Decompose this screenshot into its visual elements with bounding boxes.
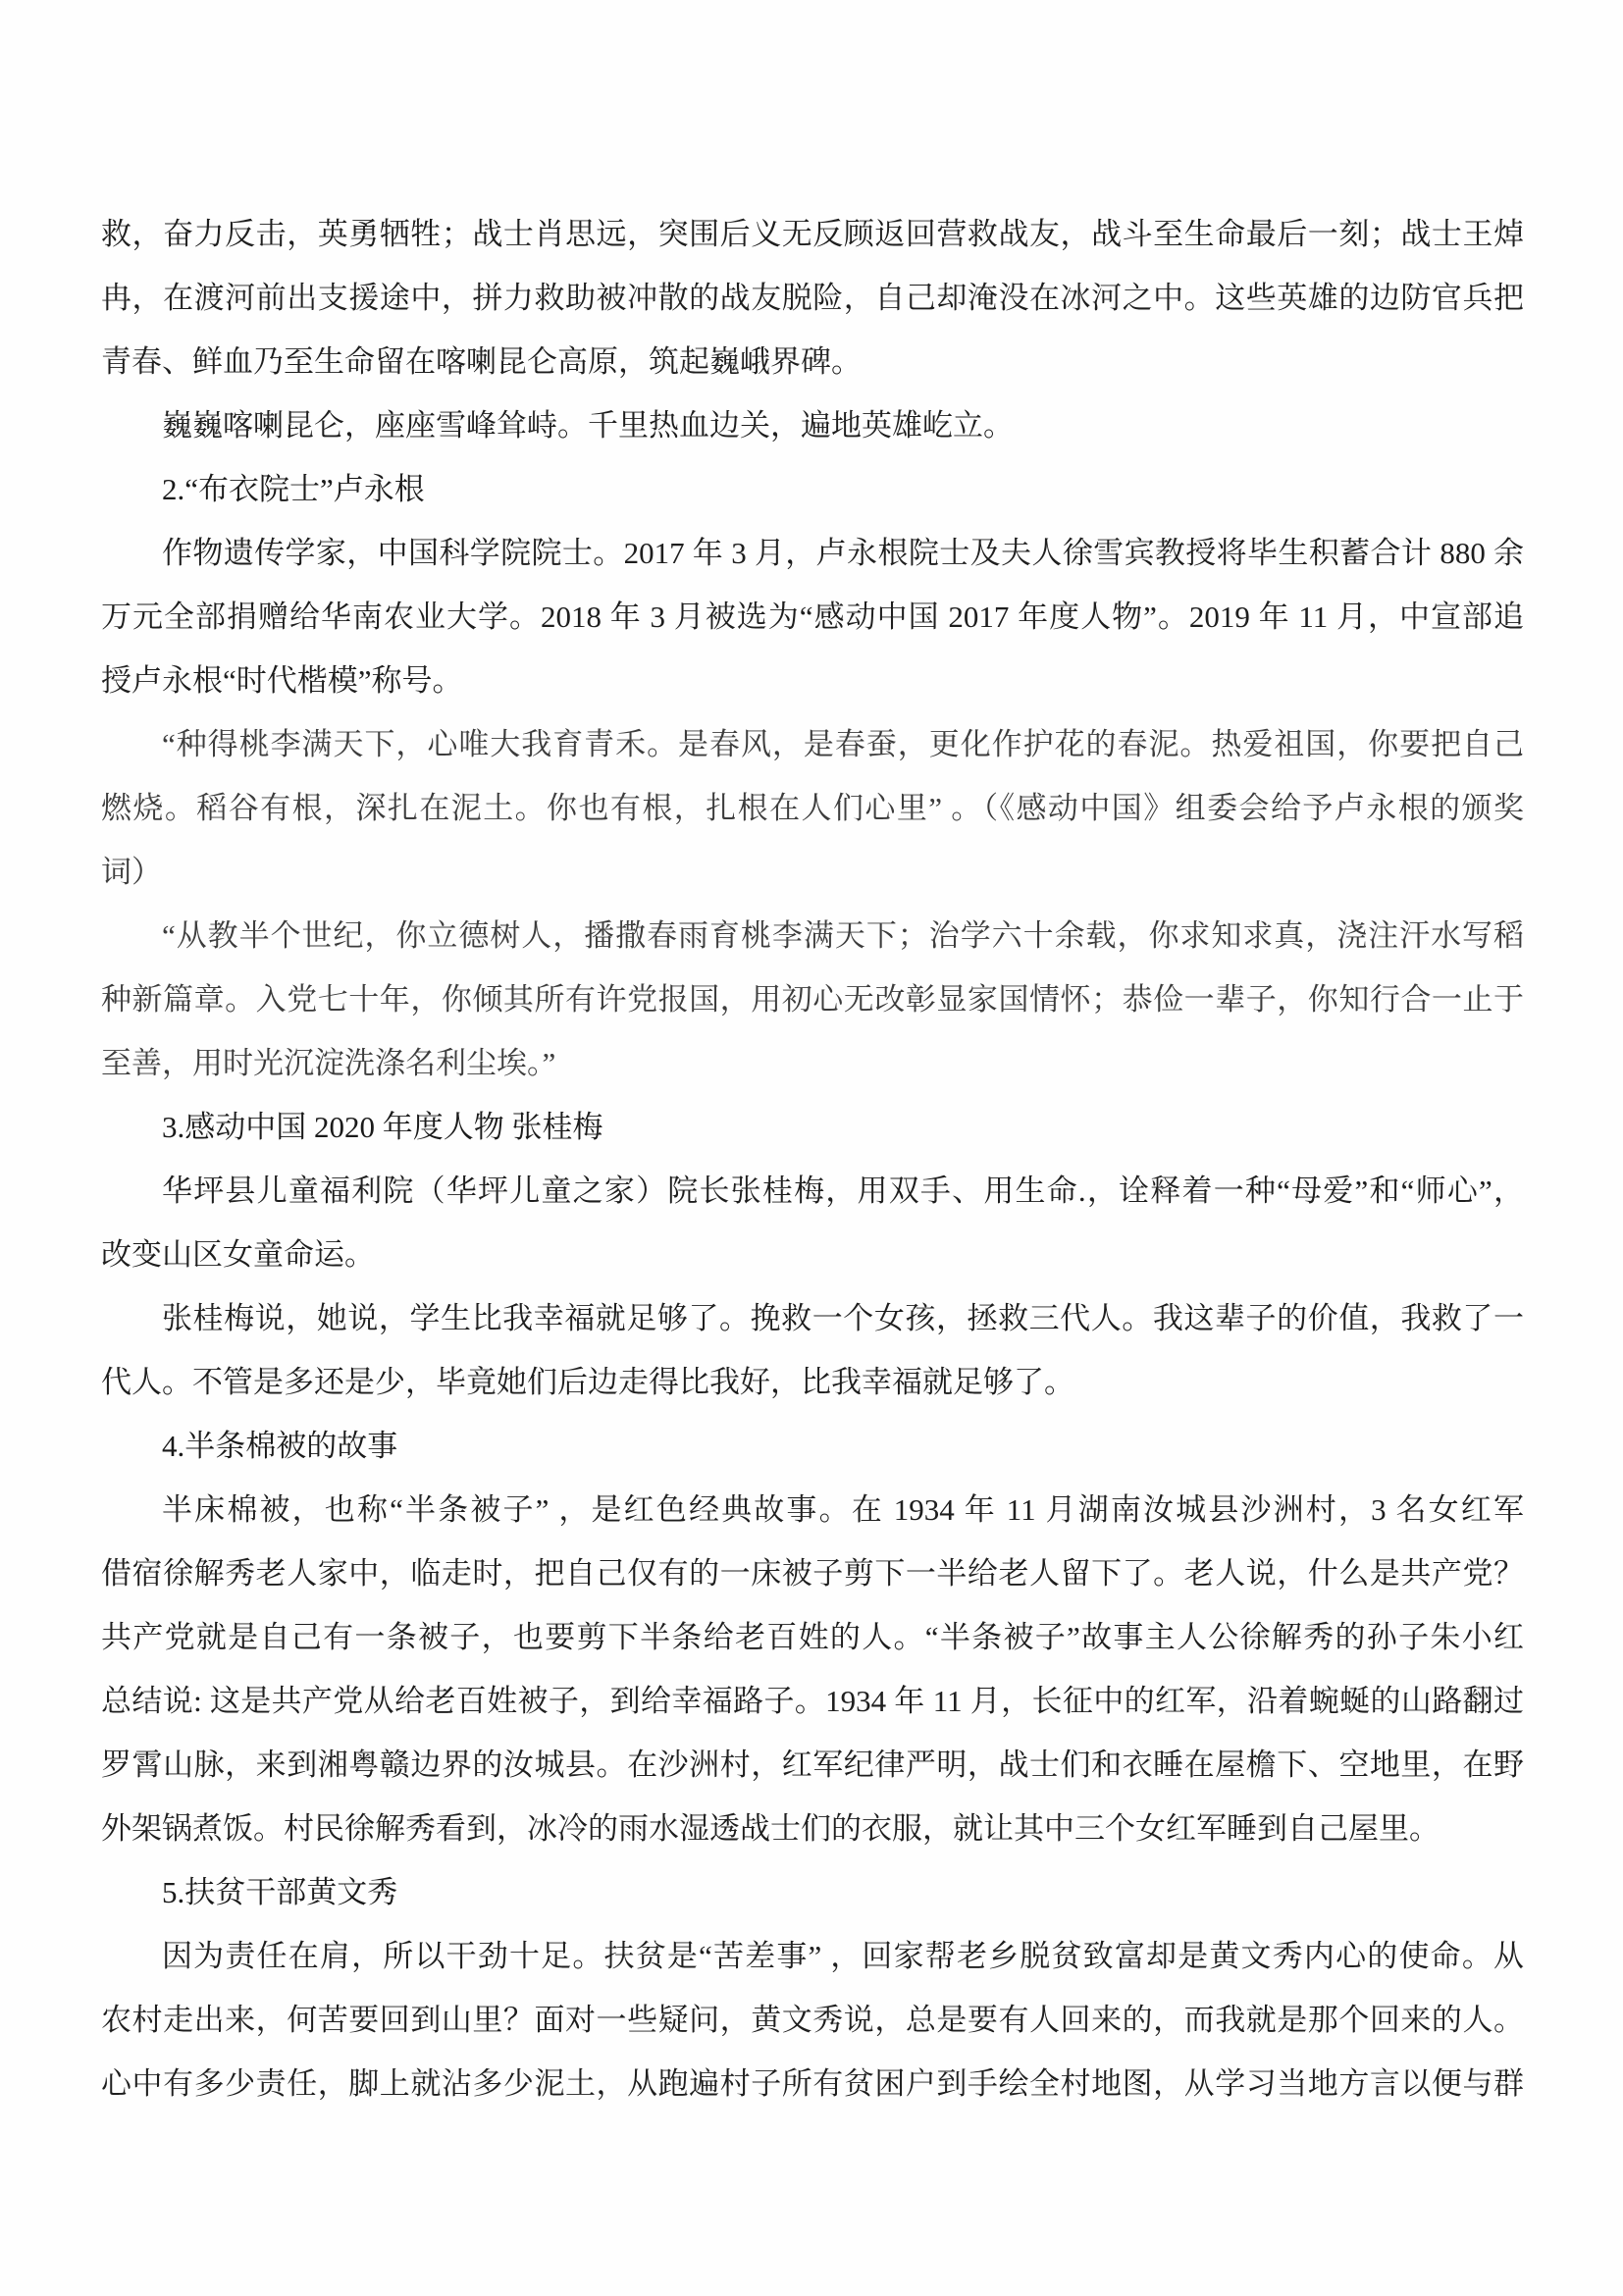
text-line: 借宿徐解秀老人家中，临走时，把自己仅有的一床被子剪下一半给老人留下了。老人说，什…: [101, 1541, 1524, 1605]
text-line: 万元全部捐赠给华南农业大学。2018 年 3 月被选为“感动中国 2017 年度…: [101, 585, 1524, 649]
text-line: 种新篇章。入党七十年，你倾其所有许党报国，用初心无改彰显家国情怀；恭俭一辈子，你…: [101, 967, 1524, 1031]
text-line: 总结说: 这是共产党从给老百姓被子，到给幸福路子。1934 年 11 月，长征中…: [101, 1669, 1524, 1733]
section-heading: 3.感动中国 2020 年度人物 张桂梅: [101, 1095, 1524, 1159]
text-line: 改变山区女童命运。: [101, 1223, 1524, 1286]
text-line: 张桂梅说，她说，学生比我幸福就足够了。挽救一个女孩，拯救三代人。我这辈子的价值，…: [101, 1286, 1524, 1350]
section-heading: 4.半条棉被的故事: [101, 1414, 1524, 1478]
section-heading: 2.“布衣院士”卢永根: [101, 457, 1524, 521]
text-line: 冉，在渡河前出支援途中，拼力救助被冲散的战友脱险，自己却淹没在冰河之中。这些英雄…: [101, 266, 1524, 330]
text-line: 巍巍喀喇昆仑，座座雪峰耸峙。千里热血边关，遍地英雄屹立。: [101, 393, 1524, 457]
text-line: 词）: [101, 840, 1524, 904]
text-line: 华坪县儿童福利院（华坪儿童之家）院长张桂梅，用双手、用生命.，诠释着一种“母爱”…: [101, 1159, 1524, 1223]
text-line: 农村走出来，何苦要回到山里？面对一些疑问，黄文秀说，总是要有人回来的，而我就是那…: [101, 1988, 1524, 2052]
text-line: 代人。不管是多还是少，毕竟她们后边走得比我好，比我幸福就足够了。: [101, 1350, 1524, 1414]
text-line: 因为责任在肩，所以干劲十足。扶贫是“苦差事” ，回家帮老乡脱贫致富却是黄文秀内心…: [101, 1924, 1524, 1988]
text-line: 青春、鲜血乃至生命留在喀喇昆仑高原，筑起巍峨界碑。: [101, 330, 1524, 393]
text-line: “种得桃李满天下，心唯大我育青禾。是春风，是春蚕，更化作护花的春泥。热爱祖国，你…: [101, 712, 1524, 776]
text-line: 共产党就是自己有一条被子，也要剪下半条给老百姓的人。“半条被子”故事主人公徐解秀…: [101, 1605, 1524, 1669]
text-line: 心中有多少责任，脚上就沾多少泥土，从跑遍村子所有贫困户到手绘全村地图，从学习当地…: [101, 2052, 1524, 2115]
text-line: 授卢永根“时代楷模”称号。: [101, 649, 1524, 712]
text-line: 半床棉被，也称“半条被子” ，是红色经典故事。在 1934 年 11 月湖南汝城…: [101, 1478, 1524, 1541]
text-line: 救，奋力反击，英勇牺牲；战士肖思远，突围后义无反顾返回营救战友，战斗至生命最后一…: [101, 202, 1524, 266]
section-heading: 5.扶贫干部黄文秀: [101, 1860, 1524, 1924]
text-line: 罗霄山脉，来到湘粤赣边界的汝城县。在沙洲村，红军纪律严明，战士们和衣睡在屋檐下、…: [101, 1733, 1524, 1797]
text-line: “从教半个世纪，你立德树人，播撒春雨育桃李满天下；治学六十余载，你求知求真，浇注…: [101, 904, 1524, 967]
text-line: 燃烧。稻谷有根，深扎在泥土。你也有根，扎根在人们心里” 。（《感动中国》组委会给…: [101, 776, 1524, 840]
text-line: 作物遗传学家，中国科学院院士。2017 年 3 月，卢永根院士及夫人徐雪宾教授将…: [101, 521, 1524, 585]
text-line: 外架锅煮饭。村民徐解秀看到，冰冷的雨水湿透战士们的衣服，就让其中三个女红军睡到自…: [101, 1797, 1524, 1860]
text-line: 至善，用时光沉淀洗涤名利尘埃。”: [101, 1031, 1524, 1095]
document-page: 救，奋力反击，英勇牺牲；战士肖思远，突围后义无反顾返回营救战友，战斗至生命最后一…: [0, 0, 1623, 2296]
